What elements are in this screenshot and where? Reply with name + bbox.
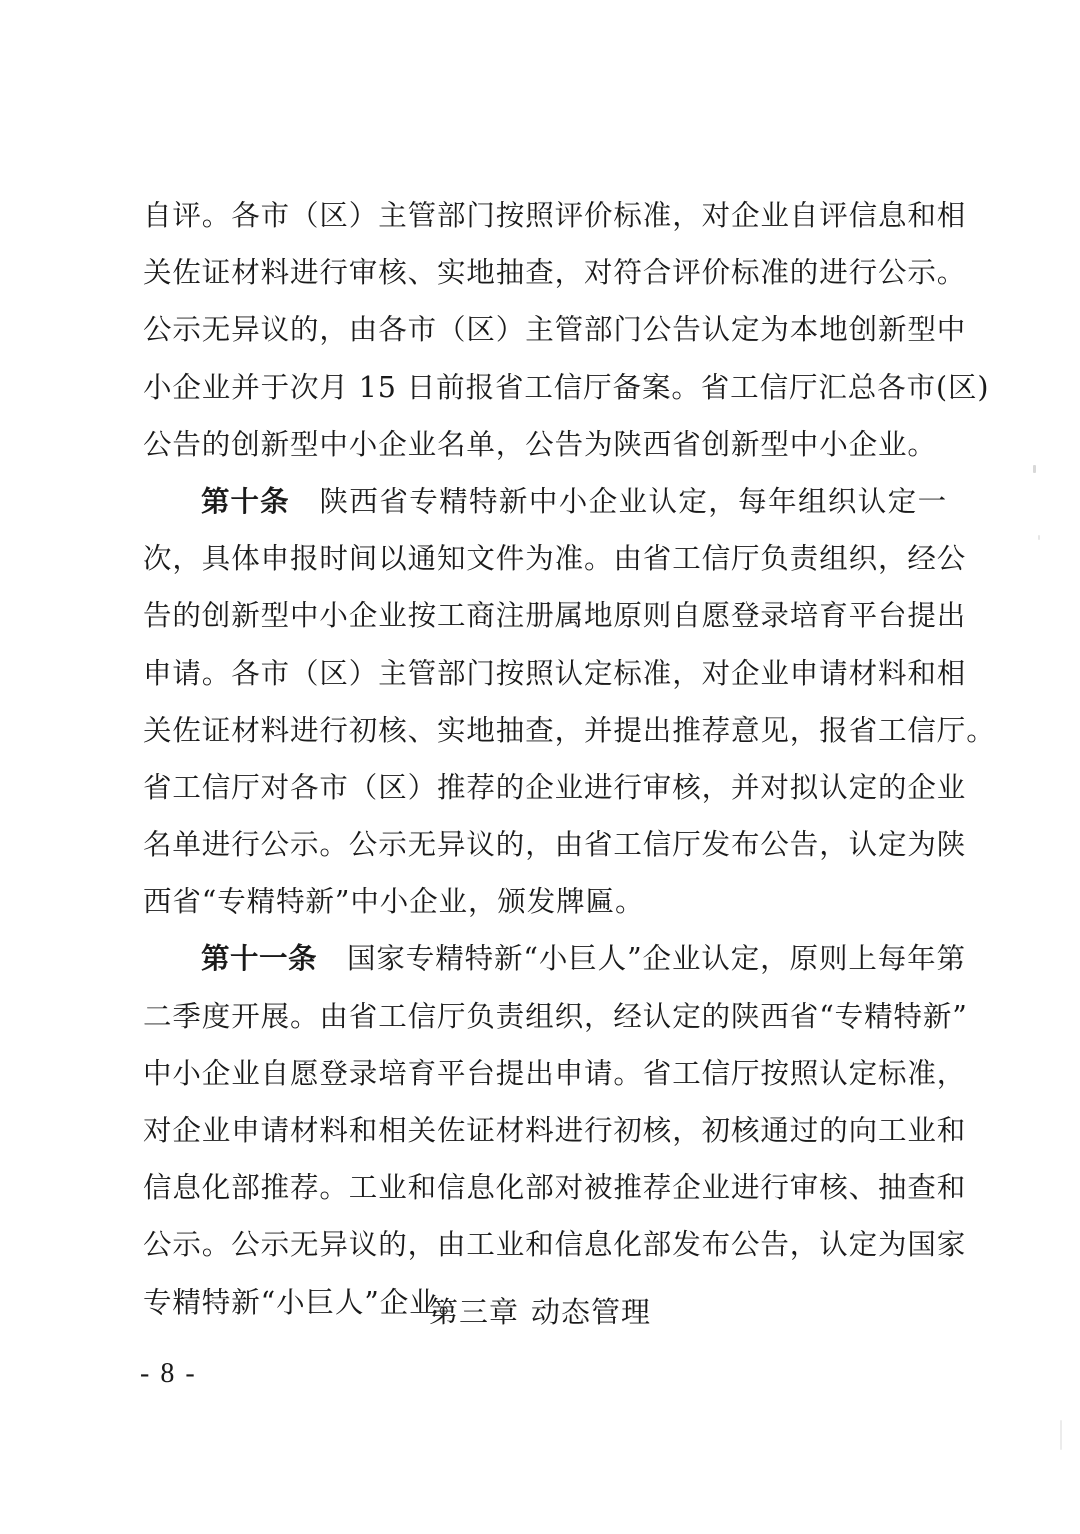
scan-artifact <box>1060 1420 1062 1450</box>
article-10-text: 陕西省专精特新中小企业认定，每年组织认定一 <box>320 485 947 518</box>
text-line: 公示。公示无异议的，由工业和信息化部发布公告，认定为国家 <box>143 1222 947 1279</box>
article-10-label: 第十条 <box>201 485 290 518</box>
article-10-first-line: 第十条陕西省专精特新中小企业认定，每年组织认定一 <box>143 479 947 536</box>
text-line: 告的创新型中小企业按工商注册属地原则自愿登录培育平台提出 <box>143 593 947 650</box>
chapter-title: 动态管理 <box>531 1295 651 1329</box>
text-line: 对企业申请材料和相关佐证材料进行初核，初核通过的向工业和 <box>143 1108 947 1165</box>
scan-artifact <box>1038 535 1040 540</box>
article-11-first-line: 第十一条国家专精特新“小巨人”企业认定，原则上每年第 <box>143 936 947 993</box>
text-line: 关佐证材料进行审核、实地抽查，对符合评价标准的进行公示。 <box>143 250 947 307</box>
text-line: 公示无异议的，由各市（区）主管部门公告认定为本地创新型中 <box>143 307 947 364</box>
document-page: 自评。各市（区）主管部门按照评价标准，对企业自评信息和相 关佐证材料进行审核、实… <box>0 0 1080 1534</box>
page-number: - 8 - <box>140 1358 197 1390</box>
text-line: 信息化部推荐。工业和信息化部对被推荐企业进行审核、抽查和 <box>143 1165 947 1222</box>
text-line: 次，具体申报时间以通知文件为准。由省工信厅负责组织，经公 <box>143 536 947 593</box>
text-line: 公告的创新型中小企业名单，公告为陕西省创新型中小企业。 <box>143 422 947 479</box>
article-11-text: 国家专精特新“小巨人”企业认定，原则上每年第 <box>347 942 966 975</box>
text-line: 省工信厅对各市（区）推荐的企业进行审核，并对拟认定的企业 <box>143 765 947 822</box>
text-line: 申请。各市（区）主管部门按照认定标准，对企业申请材料和相 <box>143 651 947 708</box>
article-11-label: 第十一条 <box>201 942 317 975</box>
text-line: 关佐证材料进行初核、实地抽查，并提出推荐意见，报省工信厅。 <box>143 708 947 765</box>
text-line: 中小企业自愿登录培育平台提出申请。省工信厅按照认定标准， <box>143 1051 947 1108</box>
text-line: 西省“专精特新”中小企业，颁发牌匾。 <box>143 879 947 936</box>
scan-artifact <box>1033 465 1036 473</box>
chapter-heading: 第三章动态管理 <box>0 1290 1080 1331</box>
chapter-number: 第三章 <box>429 1295 519 1329</box>
text-line: 名单进行公示。公示无异议的，由省工信厅发布公告，认定为陕 <box>143 822 947 879</box>
text-line: 小企业并于次月 15 日前报省工信厅备案。省工信厅汇总各市(区) <box>143 365 947 422</box>
body-text: 自评。各市（区）主管部门按照评价标准，对企业自评信息和相 关佐证材料进行审核、实… <box>143 193 947 1337</box>
text-line: 自评。各市（区）主管部门按照评价标准，对企业自评信息和相 <box>143 193 947 250</box>
text-line: 二季度开展。由省工信厅负责组织，经认定的陕西省“专精特新” <box>143 994 947 1051</box>
